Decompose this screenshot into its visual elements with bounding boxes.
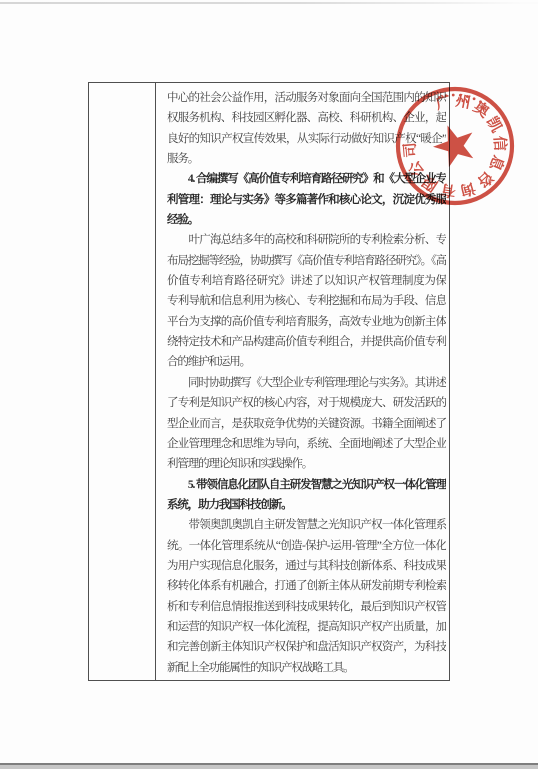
text-line: 析和专利信息情报推送到科技成果转化，最后到知识产权管理	[167, 597, 446, 617]
seal-character: 司	[401, 142, 420, 159]
text-line: 为用户实现信息化服务，通过与其科技创新体系、科技成果转	[167, 556, 446, 576]
text-line: 布局挖掘等经验，协助撰写《高价值专利培育路径研究》。《高	[167, 251, 446, 271]
company-seal-stamp: 广州奥凯信息咨询有限公司	[390, 81, 520, 211]
table-cell-label	[89, 83, 155, 680]
text-line: 同时协助撰写《大型企业专利管理:理论与实务》。其讲述	[167, 373, 446, 393]
seal-star-icon	[428, 118, 481, 170]
text-line: 统。一体化管理系统从“创造-保护-运用-管理”全方位一体化	[167, 536, 446, 556]
text-line: 绕特定技术和产品构建高价值专利组合，并提供高价值专利组	[167, 332, 446, 352]
scan-edge-top	[0, 2, 538, 4]
seal-character: 广	[434, 92, 453, 113]
text-line: 企业管理理念和思维为导向，系统、全面地阐述了大型企业专	[167, 434, 446, 454]
seal-character: 有	[439, 180, 457, 200]
text-line: 平台为支撑的高价值专利培育服务，高效专业地为创新主体围	[167, 312, 446, 332]
seal-character: 信	[491, 136, 510, 152]
text-line: 和运营的知识产权一体化流程，提高知识产权产出质量，加强	[167, 617, 446, 637]
seal-character: 州	[454, 93, 472, 112]
text-line: 专利导航和信息利用为核心、专利挖掘和布局为手段、信息化	[167, 291, 446, 311]
text-line: 带领奥凯奥凯自主研发智慧之光知识产权一体化管理系	[167, 515, 446, 535]
text-line: 合的维护和运用。	[167, 352, 446, 372]
scan-edge-bottom-band	[0, 765, 538, 769]
text-line: 叶广海总结多年的高校和科研院所的专利检索分析、专利	[167, 230, 446, 250]
text-line: 价值专利培育路径研究》讲述了以知识产权管理制度为保障、	[167, 271, 446, 291]
scanned-document-page: 中心的社会公益作用，活动服务对象面向全国范围内的知识产权服务机构、科技园区孵化器…	[0, 0, 538, 769]
text-line: 新配上全功能属性的知识产权战略工具。	[167, 658, 446, 678]
text-line: 了专利是知识产权的核心内容，对于规模庞大、研发活跃的大	[167, 393, 446, 413]
text-line: 系统，助力我国科技创新。	[167, 495, 446, 515]
text-line: 移转化体系有机融合，打通了创新主体从研发前期专利检索分	[167, 576, 446, 596]
text-line: 经验。	[167, 210, 446, 230]
text-line: 利管理的理论知识和实践操作。	[167, 454, 446, 474]
text-line: 5. 带领信息化团队自主研发智慧之光知识产权一体化管理	[167, 475, 446, 495]
text-line: 和完善创新主体知识产权保护和盘活知识产权资产，为科技创	[167, 637, 446, 657]
text-line: 型企业而言，是获取竞争优势的关键资源。书籍全面阐述了以	[167, 414, 446, 434]
seal-character: 询	[458, 178, 478, 200]
